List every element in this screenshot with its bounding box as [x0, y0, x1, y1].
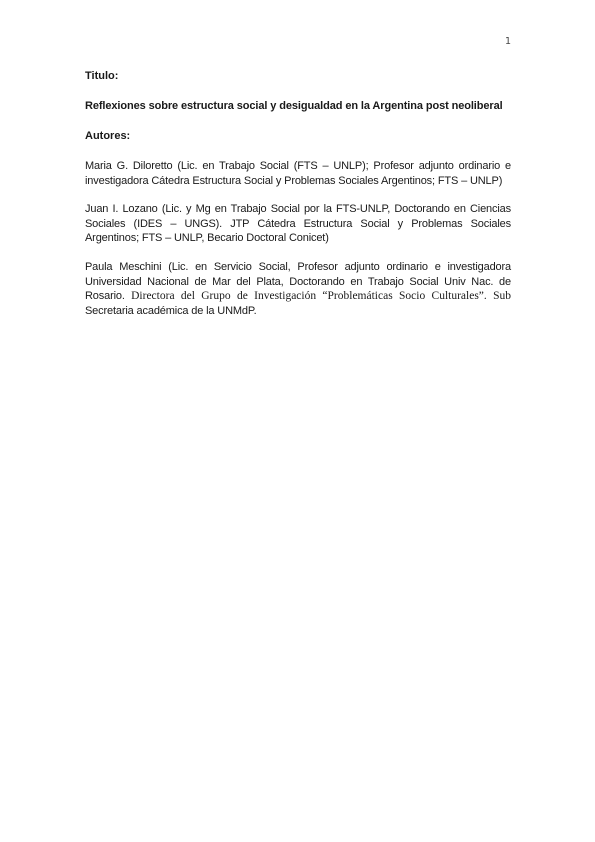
author-entry-meschini: Paula Meschini (Lic. en Servicio Social,… — [85, 260, 511, 318]
author-entry-diloretto: Maria G. Diloretto (Lic. en Trabajo Soci… — [85, 159, 511, 188]
author-text: Secretaria académica de la UNMdP. — [85, 305, 257, 317]
title-label: Titulo: — [85, 69, 511, 83]
authors-label: Autores: — [85, 129, 511, 143]
page-number: 1 — [505, 36, 511, 47]
document-title: Reflexiones sobre estructura social y de… — [85, 99, 511, 113]
author-text-serif: Directora del Grupo de Investigación “Pr… — [131, 290, 511, 302]
author-entry-lozano: Juan I. Lozano (Lic. y Mg en Trabajo Soc… — [85, 202, 511, 246]
document-body: Titulo: Reflexiones sobre estructura soc… — [85, 69, 511, 332]
